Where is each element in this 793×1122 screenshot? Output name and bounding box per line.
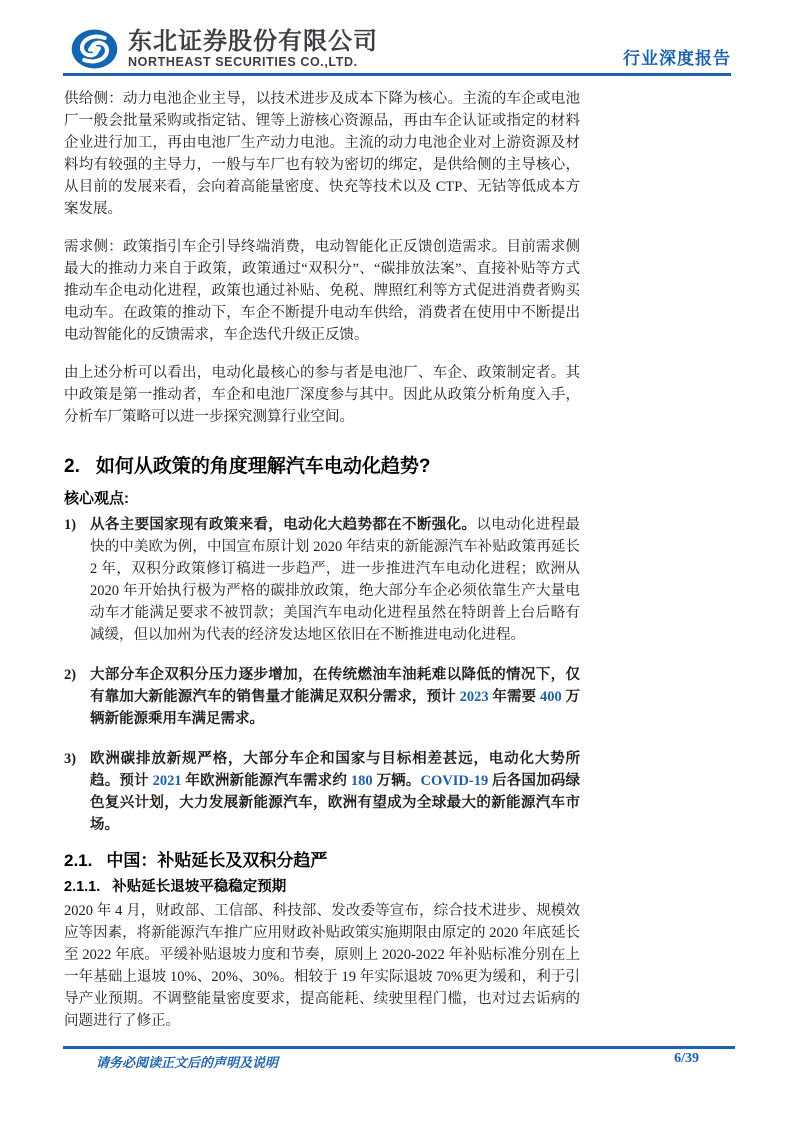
text-segment: 万辆。 (373, 773, 421, 789)
page-header: 东北证券股份有限公司 NORTHEAST SECURITIES CO.,LTD.… (63, 14, 731, 76)
highlight-number: 2021 (153, 773, 182, 789)
footer-disclaimer: 请务必阅读正文后的声明及说明 (96, 1052, 278, 1071)
report-body: 供给侧：动力电池企业主导，以技术进步及成本下降为核心。主流的车企或电池厂一般会批… (64, 88, 580, 1032)
section-2-1-number: 2.1. (64, 851, 92, 870)
section-2-heading: 2.如何从政策的角度理解汽车电动化趋势? (64, 454, 580, 480)
core-points-list: 1) 从各主要国家现有政策来看，电动化大趋势都在不断强化。以电动化进程最快的中美… (64, 514, 580, 836)
brand-block: 东北证券股份有限公司 NORTHEAST SECURITIES CO.,LTD. (71, 28, 378, 70)
highlight-number: 180 (351, 773, 373, 789)
text-segment: 以电动化进程最快的中美欧为例，中国宣布原计划 2020 年结束的新能源汽车补贴政… (90, 517, 580, 643)
page-footer: 请务必阅读正文后的声明及说明 6/39 (63, 1046, 735, 1071)
highlight-word: COVID-19 (421, 773, 489, 789)
paragraph-demand-side: 需求侧：政策指引车企引导终端消费，电动智能化正反馈创造需求。目前需求侧最大的推动… (64, 236, 580, 346)
paragraph-conclusion: 由上述分析可以看出，电动化最核心的参与者是电池厂、车企、政策制定者。其中政策是第… (64, 362, 580, 428)
list-number-2: 2) (64, 664, 90, 686)
core-point-3-text: 欧洲碳排放新规严格，大部分车企和国家与目标相差甚远，电动化大势所趋。预计 202… (90, 748, 580, 836)
core-point-1-text: 从各主要国家现有政策来看，电动化大趋势都在不断强化。以电动化进程最快的中美欧为例… (90, 514, 580, 646)
section-2-1-heading: 2.1.中国：补贴延长及双积分趋严 (64, 848, 580, 873)
bold-segment: 从各主要国家现有政策来看，电动化大趋势都在不断强化。 (90, 517, 476, 533)
core-point-item-2: 2) 大部分车企双积分压力逐步增加，在传统燃油车油耗难以降低的情况下，仅有靠加大… (64, 664, 580, 730)
paragraph-subsidy-policy: 2020 年 4 月，财政部、工信部、科技部、发改委等宣布，综合技术进步、规模效… (64, 900, 580, 1032)
list-number-3: 3) (64, 748, 90, 770)
report-page: 东北证券股份有限公司 NORTHEAST SECURITIES CO.,LTD.… (0, 0, 793, 1122)
section-2-1-1-title: 补贴延长退坡平稳稳定预期 (112, 879, 286, 895)
highlight-number: 400 (540, 689, 562, 705)
section-2-1-title: 中国：补贴延长及双积分趋严 (106, 851, 327, 870)
brand-text: 东北证券股份有限公司 NORTHEAST SECURITIES CO.,LTD. (128, 29, 378, 69)
company-name-en: NORTHEAST SECURITIES CO.,LTD. (128, 55, 378, 69)
core-points-label: 核心观点: (64, 488, 580, 510)
list-number-1: 1) (64, 514, 90, 536)
highlight-number: 2023 (460, 689, 489, 705)
page-number: 6/39 (674, 1051, 699, 1067)
core-point-2-text: 大部分车企双积分压力逐步增加，在传统燃油车油耗难以降低的情况下，仅有靠加大新能源… (90, 664, 580, 730)
report-type-label: 行业深度报告 (623, 44, 731, 69)
paragraph-supply-side: 供给侧：动力电池企业主导，以技术进步及成本下降为核心。主流的车企或电池厂一般会批… (64, 88, 580, 220)
text-segment: 年欧洲新能源汽车需求约 (182, 773, 351, 789)
section-2-title: 如何从政策的角度理解汽车电动化趋势? (96, 456, 431, 477)
section-2-1-1-heading: 2.1.1.补贴延长退坡平稳稳定预期 (64, 876, 580, 898)
company-name-cn: 东北证券股份有限公司 (128, 29, 378, 55)
section-2-1-1-number: 2.1.1. (64, 879, 100, 895)
section-2-number: 2. (64, 456, 80, 477)
core-point-item-1: 1) 从各主要国家现有政策来看，电动化大趋势都在不断强化。以电动化进程最快的中美… (64, 514, 580, 646)
core-point-item-3: 3) 欧洲碳排放新规严格，大部分车企和国家与目标相差甚远，电动化大势所趋。预计 … (64, 748, 580, 836)
northeast-securities-logo-icon (71, 28, 118, 70)
text-segment: 年需要 (489, 689, 540, 705)
